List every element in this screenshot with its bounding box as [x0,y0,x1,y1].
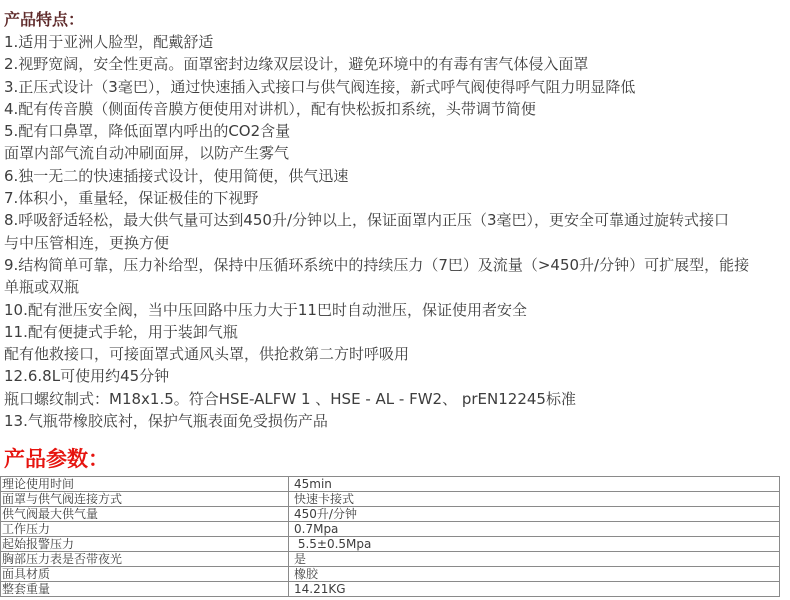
feature-line: 4.配有传音膜（侧面传音膜方便使用对讲机），配有快松扳扣系统，头带调节简便 [4,98,790,120]
feature-line: 11.配有便捷式手轮，用于装卸气瓶 [4,321,790,343]
parameters-heading: 产品参数： [4,444,790,474]
feature-line: 12.6.8L可使用约45分钟 [4,365,790,387]
table-row: 起始报警压力 5.5±0.5Mpa [1,537,780,552]
features-heading: 产品特点： [4,8,790,31]
feature-line: 8.呼吸舒适轻松，最大供气量可达到450升/分钟以上，保证面罩内正压（3毫巴），… [4,209,790,231]
feature-line: 9.结构简单可靠，压力补给型，保持中压循环系统中的持续压力（7巴）及流量（>45… [4,254,790,276]
param-value: 45min [289,477,780,492]
table-row: 面具材质 橡胶 [1,567,780,582]
param-label: 整套重量 [1,582,289,597]
table-row: 面罩与供气阀连接方式 快速卡接式 [1,492,780,507]
feature-line: 1.适用于亚洲人脸型，配戴舒适 [4,31,790,53]
param-label: 工作压力 [1,522,289,537]
feature-line: 6.独一无二的快速插接式设计，使用简便，供气迅速 [4,165,790,187]
feature-line: 单瓶或双瓶 [4,276,790,298]
product-detail-page: 产品特点： 1.适用于亚洲人脸型，配戴舒适 2.视野宽阔，安全性更高。面罩密封边… [0,0,790,597]
feature-line: 配有他救接口，可接面罩式通风头罩，供抢救第二方时呼吸用 [4,343,790,365]
feature-line: 7.体积小，重量轻，保证极佳的下视野 [4,187,790,209]
feature-line: 10.配有泄压安全阀，当中压回路中压力大于11巴时自动泄压，保证使用者安全 [4,299,790,321]
table-row: 胸部压力表是否带夜光 是 [1,552,780,567]
param-label: 面罩与供气阀连接方式 [1,492,289,507]
param-label: 起始报警压力 [1,537,289,552]
param-label: 面具材质 [1,567,289,582]
param-label: 供气阀最大供气量 [1,507,289,522]
feature-line: 面罩内部气流自动冲刷面屏，以防产生雾气 [4,142,790,164]
param-value: 450升/分钟 [289,507,780,522]
feature-line: 5.配有口鼻罩，降低面罩内呼出的CO2含量 [4,120,790,142]
param-value: 橡胶 [289,567,780,582]
feature-line: 13.气瓶带橡胶底衬，保护气瓶表面免受损伤产品 [4,410,790,432]
param-label: 胸部压力表是否带夜光 [1,552,289,567]
parameters-table: 理论使用时间 45min 面罩与供气阀连接方式 快速卡接式 供气阀最大供气量 4… [0,476,780,597]
table-row: 理论使用时间 45min [1,477,780,492]
feature-line: 与中压管相连，更换方便 [4,232,790,254]
param-label: 理论使用时间 [1,477,289,492]
feature-line: 3.正压式设计（3毫巴），通过快速插入式接口与供气阀连接，新式呼气阀使得呼气阻力… [4,76,790,98]
param-value: 0.7Mpa [289,522,780,537]
table-row: 工作压力 0.7Mpa [1,522,780,537]
feature-line: 瓶口螺纹制式：M18x1.5。符合HSE-ALFW 1 、HSE - AL - … [4,388,790,410]
param-value: 快速卡接式 [289,492,780,507]
table-row: 整套重量 14.21KG [1,582,780,597]
feature-line: 2.视野宽阔，安全性更高。面罩密封边缘双层设计，避免环境中的有毒有害气体侵入面罩 [4,53,790,75]
param-value: 5.5±0.5Mpa [289,537,780,552]
param-value: 14.21KG [289,582,780,597]
param-value: 是 [289,552,780,567]
table-row: 供气阀最大供气量 450升/分钟 [1,507,780,522]
